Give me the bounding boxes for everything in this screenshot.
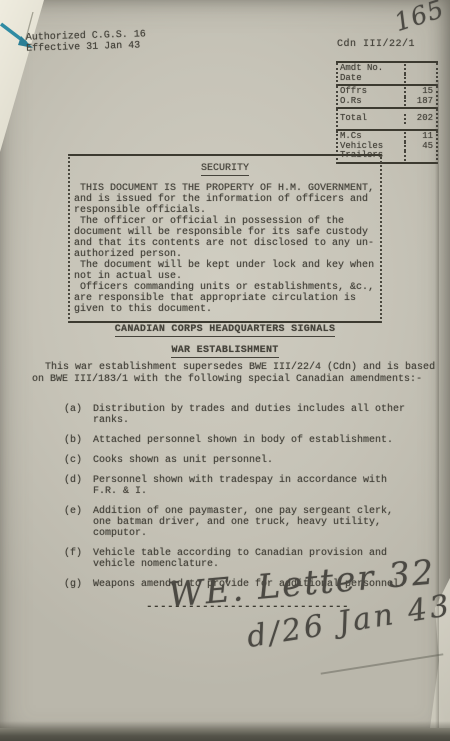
security-line: responsible officials. [74, 205, 376, 216]
table-cell-value: 45 [404, 142, 436, 152]
list-item-tag: (a) [64, 404, 93, 426]
list-item-tag: (f) [64, 548, 93, 570]
security-line: Officers commanding units or establishme… [74, 282, 376, 293]
table-cell-value [404, 151, 436, 161]
list-item-text: Attached personnel shown in body of esta… [93, 435, 407, 446]
table-cell-label: O.Rs [338, 97, 404, 107]
list-item: (a) Distribution by trades and duties in… [64, 404, 440, 426]
list-item: (c) Cooks shown as unit personnel. [64, 455, 440, 466]
table-group-amendment: Amdt No. Date [336, 63, 438, 86]
main-title-text: CANADIAN CORPS HEADQUARTERS SIGNALS [115, 324, 336, 337]
table-row: Total 202 [338, 114, 436, 124]
table-row: Date [338, 74, 436, 84]
list-item: (b) Attached personnel shown in body of … [64, 435, 440, 446]
page-bottom-edge-shadow [0, 721, 450, 728]
table-cell-value: 202 [404, 114, 436, 124]
subtitle-text: WAR ESTABLISHMENT [171, 345, 278, 358]
security-line: not in actual use. [74, 271, 376, 282]
summary-table: Amdt No. Date Offrs 15 O.Rs 187 Total 20… [336, 61, 438, 164]
list-item: (d) Personnel shown with tradespay in ac… [64, 475, 440, 497]
table-group-personnel: Offrs 15 O.Rs 187 [336, 86, 438, 109]
table-row: O.Rs 187 [338, 97, 436, 107]
table-cell-label: Date [338, 74, 404, 84]
subtitle: WAR ESTABLISHMENT [0, 345, 450, 356]
security-notice-box: SECURITY THIS DOCUMENT IS THE PROPERTY O… [68, 154, 382, 323]
list-item: (e) Addition of one paymaster, one pay s… [64, 506, 440, 539]
background-below-page [0, 728, 450, 741]
security-line: given to this document. [74, 304, 376, 315]
security-line: are responsible that appropriate circula… [74, 293, 376, 304]
table-cell-value [404, 64, 436, 74]
list-item-tag: (d) [64, 475, 93, 497]
security-line: authorized person. [74, 249, 376, 260]
table-cell-value [404, 74, 436, 84]
security-line: The document will be kept under lock and… [74, 260, 376, 271]
list-item-tag: (c) [64, 455, 93, 466]
list-item-text: Distribution by trades and duties includ… [93, 404, 407, 426]
list-item-tag: (e) [64, 506, 93, 539]
list-item-tag: (b) [64, 435, 93, 446]
security-line: and that its contents are not disclosed … [74, 238, 376, 249]
main-title: CANADIAN CORPS HEADQUARTERS SIGNALS [0, 324, 450, 335]
intro-paragraph: This war establishment supersedes BWE II… [32, 362, 438, 386]
list-item-text: Cooks shown as unit personnel. [93, 455, 407, 466]
security-title-text: SECURITY [201, 163, 249, 176]
document-reference: Cdn III/22/1 [337, 39, 415, 50]
security-line: document will be responsible for its saf… [74, 227, 376, 238]
list-item-tag: (g) [64, 579, 93, 590]
security-title: SECURITY [74, 163, 376, 174]
security-line: THIS DOCUMENT IS THE PROPERTY OF H.M. GO… [74, 183, 376, 194]
authorization-block: Authorized C.G.S. 16 Effective 31 Jan 43 [26, 29, 147, 54]
document-page: Authorized C.G.S. 16 Effective 31 Jan 43… [0, 0, 450, 741]
table-cell-label: Total [338, 114, 404, 124]
table-cell-value: 187 [404, 97, 436, 107]
list-item-text: Addition of one paymaster, one pay serge… [93, 506, 407, 539]
list-item-text: Personnel shown with tradespay in accord… [93, 475, 407, 497]
security-line: and is issued for the information of off… [74, 194, 376, 205]
table-group-total: Total 202 [336, 109, 438, 131]
security-line: The officer or official in possession of… [74, 216, 376, 227]
